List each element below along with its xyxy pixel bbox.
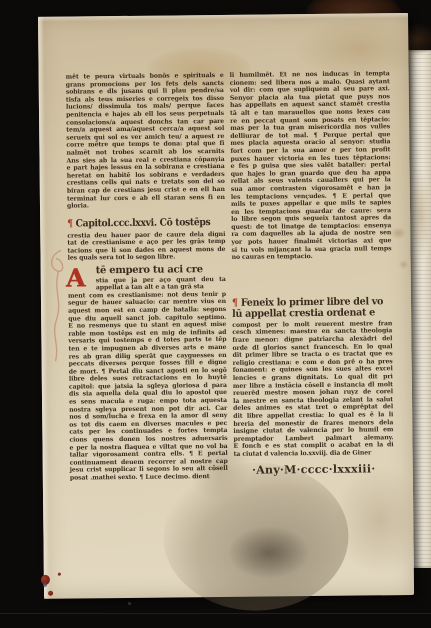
cloth-fold-line [0,613,431,614]
right-text-column: li humilmēt. Et ne nos inducas in tempta… [230,70,394,476]
text-line: les quals sera tot lo segon libre. [68,253,226,262]
book-page: mēt te peura virtuals bonōs e spirituals… [38,13,414,599]
left-paragraph-1: mēt te peura virtuals bonōs e spirituals… [66,72,225,210]
colophon-date: ·Any·M·cccc·lxxxiii· [234,462,394,477]
left-paragraph-2: ment com es crestianisme: not deus tenir… [68,291,228,482]
cloth-speck [128,602,131,605]
chapter-summary-lines: crestia deu hauer paor de caure dela dig… [67,231,225,263]
colophon-heading-line1: Feneix lo primer libre del vo [241,296,383,308]
printed-text-block: mēt te peura virtuals bonōs e spirituals… [38,13,414,599]
rubricated-initial: A [66,266,92,289]
book-photo-scene: mēt te peura virtuals bonōs e spirituals… [0,0,431,628]
fore-edge-stain [411,170,431,260]
initial-paragraph: A tē empero tu aci cre stia que ja per a… [68,264,226,292]
right-paragraph-1: li humilmēt. Et ne nos inducas in tempta… [230,70,392,262]
rubric-pilcrow-icon: ¶ [67,218,73,229]
text-line: posat .mathei sexto. ¶ Luce decimo. dien… [70,473,228,482]
colophon-heading-line2: lū appellat crestia ordenat e [232,308,386,321]
chapter-heading-text: Capitol.ccc.lxxvi. Cō tostēps [76,217,211,229]
rubric-pilcrow-icon: ¶ [232,298,238,309]
text-line: no cauras en temptacio. [232,252,392,261]
colophon-body: compost per lo molt reuerent mestre fran… [232,320,393,458]
left-text-column: mēt te peura virtuals bonōs e spirituals… [66,72,228,482]
chapter-heading: ¶ Capitol.ccc.lxxvi. Cō tostēps [67,217,214,231]
text-line: gloria. [67,201,225,210]
text-line: appellat a tan alt e a tan grā sta [96,283,226,292]
text-line: ta ciutat d valencia lo.xxviij. dia de G… [234,449,394,458]
